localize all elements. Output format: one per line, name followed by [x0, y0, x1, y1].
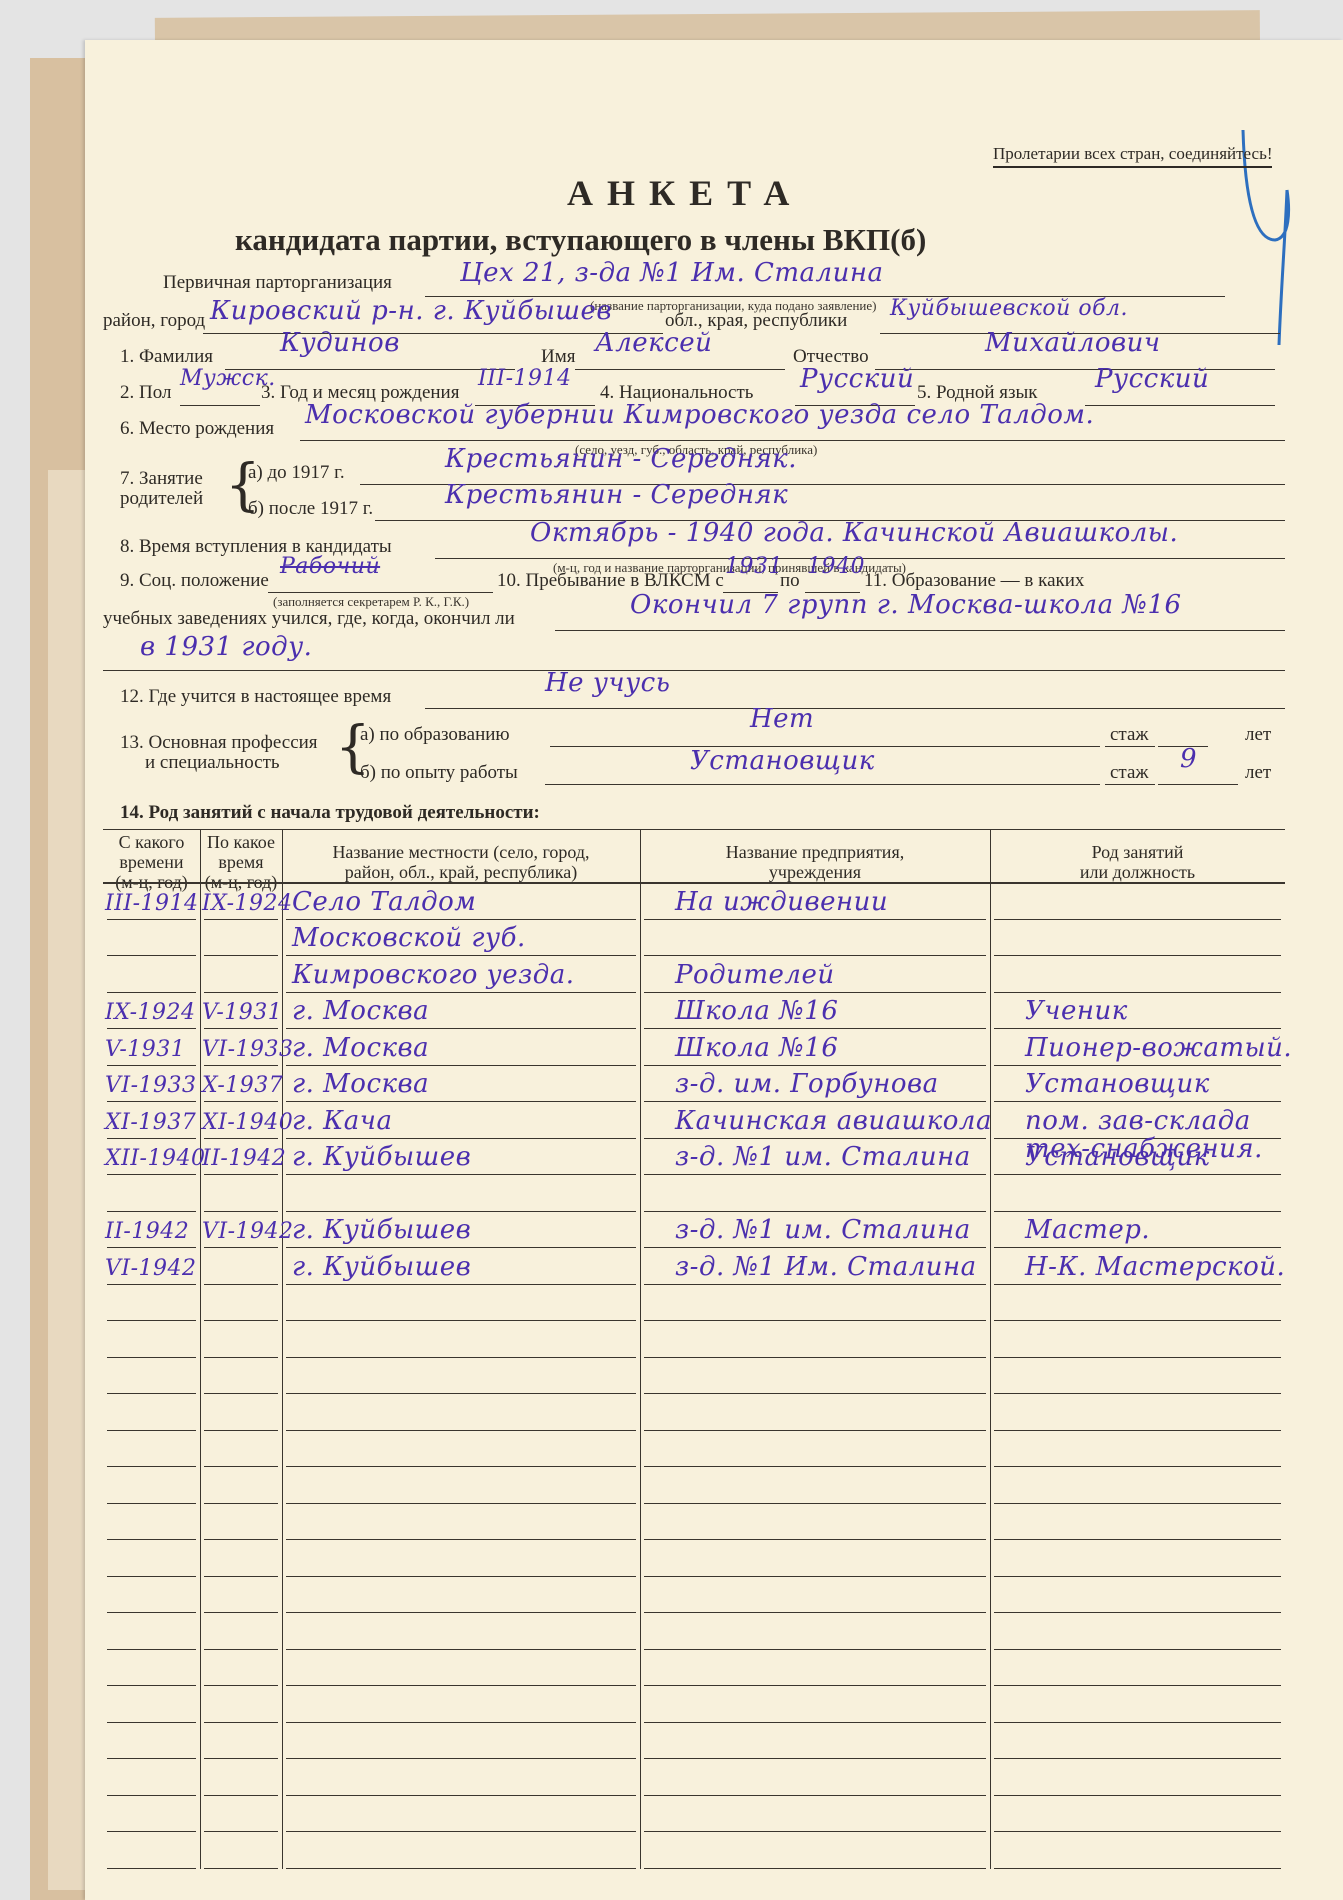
stazh-exp-value[interactable]: 9 — [1180, 744, 1197, 774]
column-header-line: или должность — [990, 862, 1285, 882]
row-role[interactable]: пом. зав-склада — [1025, 1106, 1251, 1136]
column-header-line: Род занятий — [990, 842, 1285, 862]
column-header-line: учреждения — [640, 862, 990, 882]
row-to[interactable]: X-1937 — [202, 1073, 283, 1098]
district-label: район, город — [103, 310, 205, 332]
column-header-line: Название местности (село, город, — [282, 842, 640, 862]
years-exp-label: лет — [1245, 762, 1271, 784]
row-from[interactable]: IX-1924 — [105, 1000, 196, 1025]
column-header-line: времени — [103, 852, 200, 872]
social-status-label: 9. Соц. положение — [120, 570, 269, 592]
parents-after-label: б) после 1917 г. — [248, 498, 373, 520]
profession-label-1: 13. Основная профессия — [120, 732, 318, 754]
row-org[interactable]: На иждивении — [675, 887, 888, 917]
komsomol-to[interactable]: 1940 — [807, 554, 865, 579]
row-place[interactable]: Кимровского уезда. — [292, 960, 575, 990]
komsomol-label: 10. Пребывание в ВЛКСМ с — [497, 570, 724, 592]
row-role[interactable]: Ученик — [1025, 996, 1128, 1026]
row-from[interactable]: XI-1937 — [105, 1110, 196, 1135]
column-header-line: время — [200, 852, 282, 872]
column-header-line: С какого — [103, 832, 200, 852]
page-subtitle: кандидата партии, вступающего в члены ВК… — [235, 222, 926, 258]
row-role[interactable]: Установщик — [1025, 1069, 1210, 1099]
row-org[interactable]: з-д. №1 им. Сталина — [675, 1142, 971, 1172]
row-org[interactable]: Родителей — [675, 960, 835, 990]
row-to[interactable]: V-1931 — [202, 1000, 282, 1025]
column-header-line: По какое — [200, 832, 282, 852]
nationality-value[interactable]: Русский — [800, 364, 914, 394]
patronymic-value[interactable]: Михайлович — [985, 328, 1161, 358]
education-label-cont: учебных заведениях учился, где, когда, о… — [103, 608, 515, 630]
sex-label: 2. Пол — [120, 382, 171, 404]
row-role[interactable]: Установщик — [1025, 1142, 1210, 1172]
social-status-value[interactable]: Рабочий — [280, 554, 380, 579]
row-org[interactable]: з-д. №1 им. Сталина — [675, 1215, 971, 1245]
row-org[interactable]: з-д. №1 Им. Сталина — [675, 1252, 977, 1282]
row-place[interactable]: г. Куйбышев — [292, 1215, 471, 1245]
back-sheet-strip — [48, 470, 88, 1890]
row-org[interactable]: з-д. им. Горбунова — [675, 1069, 939, 1099]
parents-label-2: родителей — [120, 488, 203, 510]
row-place[interactable]: г. Москва — [292, 1069, 429, 1099]
row-from[interactable]: III-1914 — [105, 891, 199, 916]
profession-exp-label: б) по опыту работы — [360, 762, 518, 784]
current-study-label: 12. Где учится в настоящее время — [120, 686, 391, 708]
parents-label-1: 7. Занятие — [120, 468, 203, 490]
slogan: Пролетарии всех стран, соединяйтесь! — [993, 144, 1272, 168]
row-place[interactable]: Село Талдом — [292, 887, 476, 917]
row-place[interactable]: г. Кача — [292, 1106, 392, 1136]
surname-value[interactable]: Кудинов — [280, 328, 400, 358]
column-header: Род занятийили должность — [990, 842, 1285, 882]
row-place[interactable]: г. Москва — [292, 996, 429, 1026]
row-to[interactable]: IX-1924 — [202, 891, 293, 916]
row-org[interactable]: Школа №16 — [675, 996, 838, 1026]
profession-exp-value[interactable]: Установщик — [690, 746, 875, 776]
education-value[interactable]: Окончил 7 групп г. Москва-школа №16 — [630, 590, 1182, 620]
komsomol-from[interactable]: 1931 — [725, 554, 783, 579]
birth-value[interactable]: III-1914 — [478, 366, 572, 391]
parents-before-value[interactable]: Крестьянин - Середняк. — [445, 444, 797, 474]
row-place[interactable]: Московской губ. — [292, 923, 526, 953]
row-from[interactable]: V-1931 — [105, 1037, 185, 1062]
row-from[interactable]: VI-1942 — [105, 1256, 197, 1281]
stazh-exp-label: стаж — [1110, 762, 1149, 784]
district-value[interactable]: Кировский р-н. г. Куйбышев — [210, 296, 612, 326]
row-from[interactable]: VI-1933 — [105, 1073, 197, 1098]
questionnaire-page: Пролетарии всех стран, соединяйтесь! АНК… — [85, 40, 1343, 1900]
column-header-line: Название предприятия, — [640, 842, 990, 862]
page-title: АНКЕТА — [567, 172, 803, 214]
years-edu-label: лет — [1245, 724, 1271, 746]
column-header: Название местности (село, город,район, о… — [282, 842, 640, 882]
row-role[interactable]: Пионер-вожатый. — [1025, 1033, 1292, 1063]
education-label: 11. Образование — в каких — [864, 570, 1084, 592]
row-org[interactable]: Школа №16 — [675, 1033, 838, 1063]
row-org[interactable]: Качинская авиашкола — [675, 1106, 992, 1136]
row-to[interactable]: VI-1942 — [202, 1219, 294, 1244]
row-place[interactable]: г. Куйбышев — [292, 1252, 471, 1282]
row-place[interactable]: г. Куйбышев — [292, 1142, 471, 1172]
birthplace-label: 6. Место рождения — [120, 418, 274, 440]
name-value[interactable]: Алексей — [595, 328, 712, 358]
employment-heading: 14. Род занятий с начала трудовой деятел… — [120, 802, 540, 824]
party-org-value[interactable]: Цех 21, з-да №1 Им. Сталина — [460, 258, 883, 288]
column-header: Название предприятия,учреждения — [640, 842, 990, 882]
current-study-value[interactable]: Не учусь — [545, 668, 670, 698]
surname-label: 1. Фамилия — [120, 346, 213, 368]
komsomol-to-label: по — [780, 570, 800, 592]
native-language-value[interactable]: Русский — [1095, 364, 1209, 394]
row-place[interactable]: г. Москва — [292, 1033, 429, 1063]
archive-number-mark-icon — [1235, 90, 1295, 350]
birthplace-value[interactable]: Московской губернии Кимровского уезда се… — [305, 400, 1094, 430]
candidate-date-value[interactable]: Октябрь - 1940 года. Качинской Авиашколы… — [530, 518, 1178, 548]
column-header-line: район, обл., край, республика) — [282, 862, 640, 882]
stazh-edu-label: стаж — [1110, 724, 1149, 746]
profession-label-2: и специальность — [145, 752, 280, 774]
row-to[interactable]: XI-1940 — [202, 1110, 293, 1135]
row-from[interactable]: II-1942 — [105, 1219, 189, 1244]
row-role[interactable]: Н-К. Мастерской. — [1025, 1252, 1285, 1282]
parents-after-value[interactable]: Крестьянин - Середняк — [445, 480, 788, 510]
row-role[interactable]: Мастер. — [1025, 1215, 1150, 1245]
parents-before-label: а) до 1917 г. — [248, 462, 345, 484]
region-value[interactable]: Куйбышевской обл. — [890, 296, 1128, 321]
party-org-label: Первичная парторганизация — [163, 272, 392, 294]
profession-edu-value[interactable]: Нет — [750, 704, 814, 734]
profession-edu-label: а) по образованию — [360, 724, 510, 746]
row-from[interactable]: XII-1940 — [105, 1146, 205, 1171]
row-to[interactable]: VI-1933 — [202, 1037, 294, 1062]
row-to[interactable]: II-1942 — [202, 1146, 286, 1171]
name-label: Имя — [541, 346, 575, 368]
education-value-cont[interactable]: в 1931 году. — [140, 632, 312, 662]
